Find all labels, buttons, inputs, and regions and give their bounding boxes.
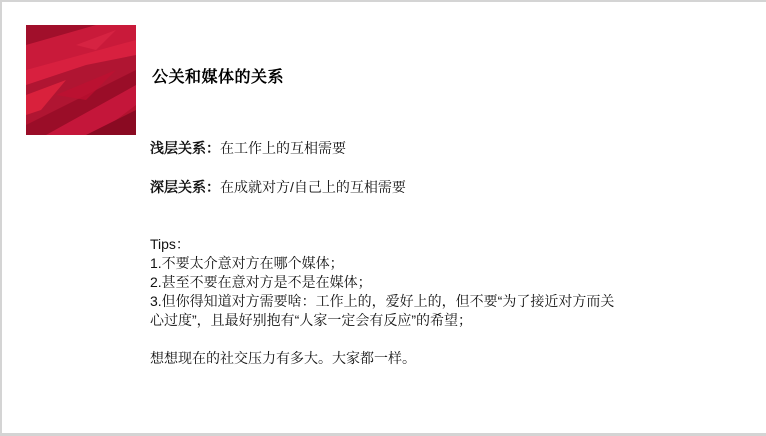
tip-item: 心过度”，且最好别抱有“人家一定会有反应”的希望； [150,311,720,330]
tip-item: 3.但你得知道对方需要啥：工作上的，爱好上的，但不要“为了接近对方而关 [150,292,720,311]
slide-canvas: 公关和媒体的关系 浅层关系：在工作上的互相需要 深层关系：在成就对方/自己上的互… [2,2,766,433]
tips-heading: Tips： [150,235,720,254]
spacer [150,330,720,349]
red-abstract-image [26,25,136,135]
tip-item: 2.甚至不要在意对方是不是在媒体； [150,273,720,292]
deep-relation-text: 在成就对方/自己上的互相需要 [220,179,406,195]
tip-item: 1.不要太介意对方在哪个媒体； [150,254,720,273]
deep-relation: 深层关系：在成就对方/自己上的互相需要 [150,177,406,197]
shallow-relation: 浅层关系：在工作上的互相需要 [150,138,346,158]
tips-block: Tips： 1.不要太介意对方在哪个媒体； 2.甚至不要在意对方是不是在媒体； … [150,235,720,368]
page-title: 公关和媒体的关系 [152,64,284,87]
closing-text: 想想现在的社交压力有多大。大家都一样。 [150,349,720,368]
deep-relation-label: 深层关系： [150,179,220,195]
shallow-relation-label: 浅层关系： [150,140,220,156]
shallow-relation-text: 在工作上的互相需要 [220,140,346,156]
abstract-facets-icon [26,25,136,135]
